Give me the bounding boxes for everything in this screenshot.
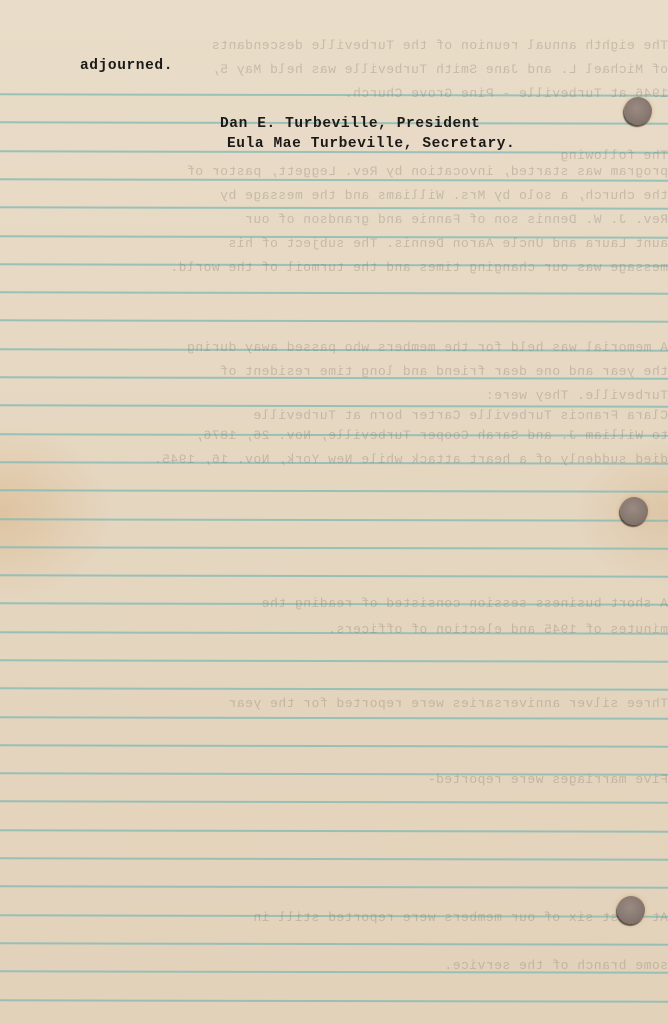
bleed-line: 1946 at Turbeville - Pine Grove Church. [0,86,668,101]
rule-line [0,885,668,888]
binder-hole-top [624,97,652,125]
rule-line [0,319,668,322]
signature-president: Dan E. Turbeville, President [220,116,480,132]
rule-line [0,857,668,860]
rule-line [0,659,668,662]
bleed-line: the year and one dear friend and long ti… [0,364,668,379]
bleed-line: minutes of 1945 and election of officers… [0,622,668,637]
bleed-line: died suddenly of a heart attack while Ne… [0,452,668,467]
bleed-line: Clara Francis Turbeville Carter born at … [0,408,668,423]
bleed-line: Turbeville. They were: [0,388,668,403]
adjourned-text: adjourned. [80,58,173,74]
rule-line [0,716,668,719]
bleed-line: A memorial was held for the members who … [0,340,668,355]
rule-line [0,489,668,492]
bleed-line: message was our changing times and the t… [0,260,668,275]
notebook-page: The eighth annual reunion of the Turbevi… [0,0,668,1024]
bleed-line: some branch of the service. [0,958,668,973]
rule-line [0,999,668,1002]
bleed-line: Five marriages were reported- [0,772,668,787]
rule-line [0,546,668,549]
bleed-line: Three silver anniversaries were reported… [0,696,668,711]
rule-line [0,574,668,577]
signature-secretary: Eula Mae Turbeville, Secretary. [227,136,515,152]
bleed-line: The eighth annual reunion of the Turbevi… [0,38,668,53]
binder-hole-bottom [617,896,645,924]
rule-line [0,744,668,747]
bleed-line: the church, a solo by Mrs. Williams and … [0,188,668,203]
bleed-line: At least six of our members were reporte… [0,910,668,925]
rule-line [0,206,668,209]
bleed-line: Rev. J. W. Dennis son of Fannie and gran… [0,212,668,227]
rule-line [0,687,668,690]
bleed-line: A short business session consisted of re… [0,596,668,611]
bleed-line: to William J. and Sarah Cooper Turbevill… [0,428,668,443]
bleed-line: program was started, invocation by Rev. … [0,164,668,179]
rule-line [0,942,668,945]
rule-line [0,291,668,294]
binder-hole-middle [620,497,648,525]
rule-line [0,518,668,521]
rule-line [0,800,668,803]
bleed-line: aunt Laura and Uncle Aaron Dennis. The s… [0,236,668,251]
rule-line [0,829,668,832]
